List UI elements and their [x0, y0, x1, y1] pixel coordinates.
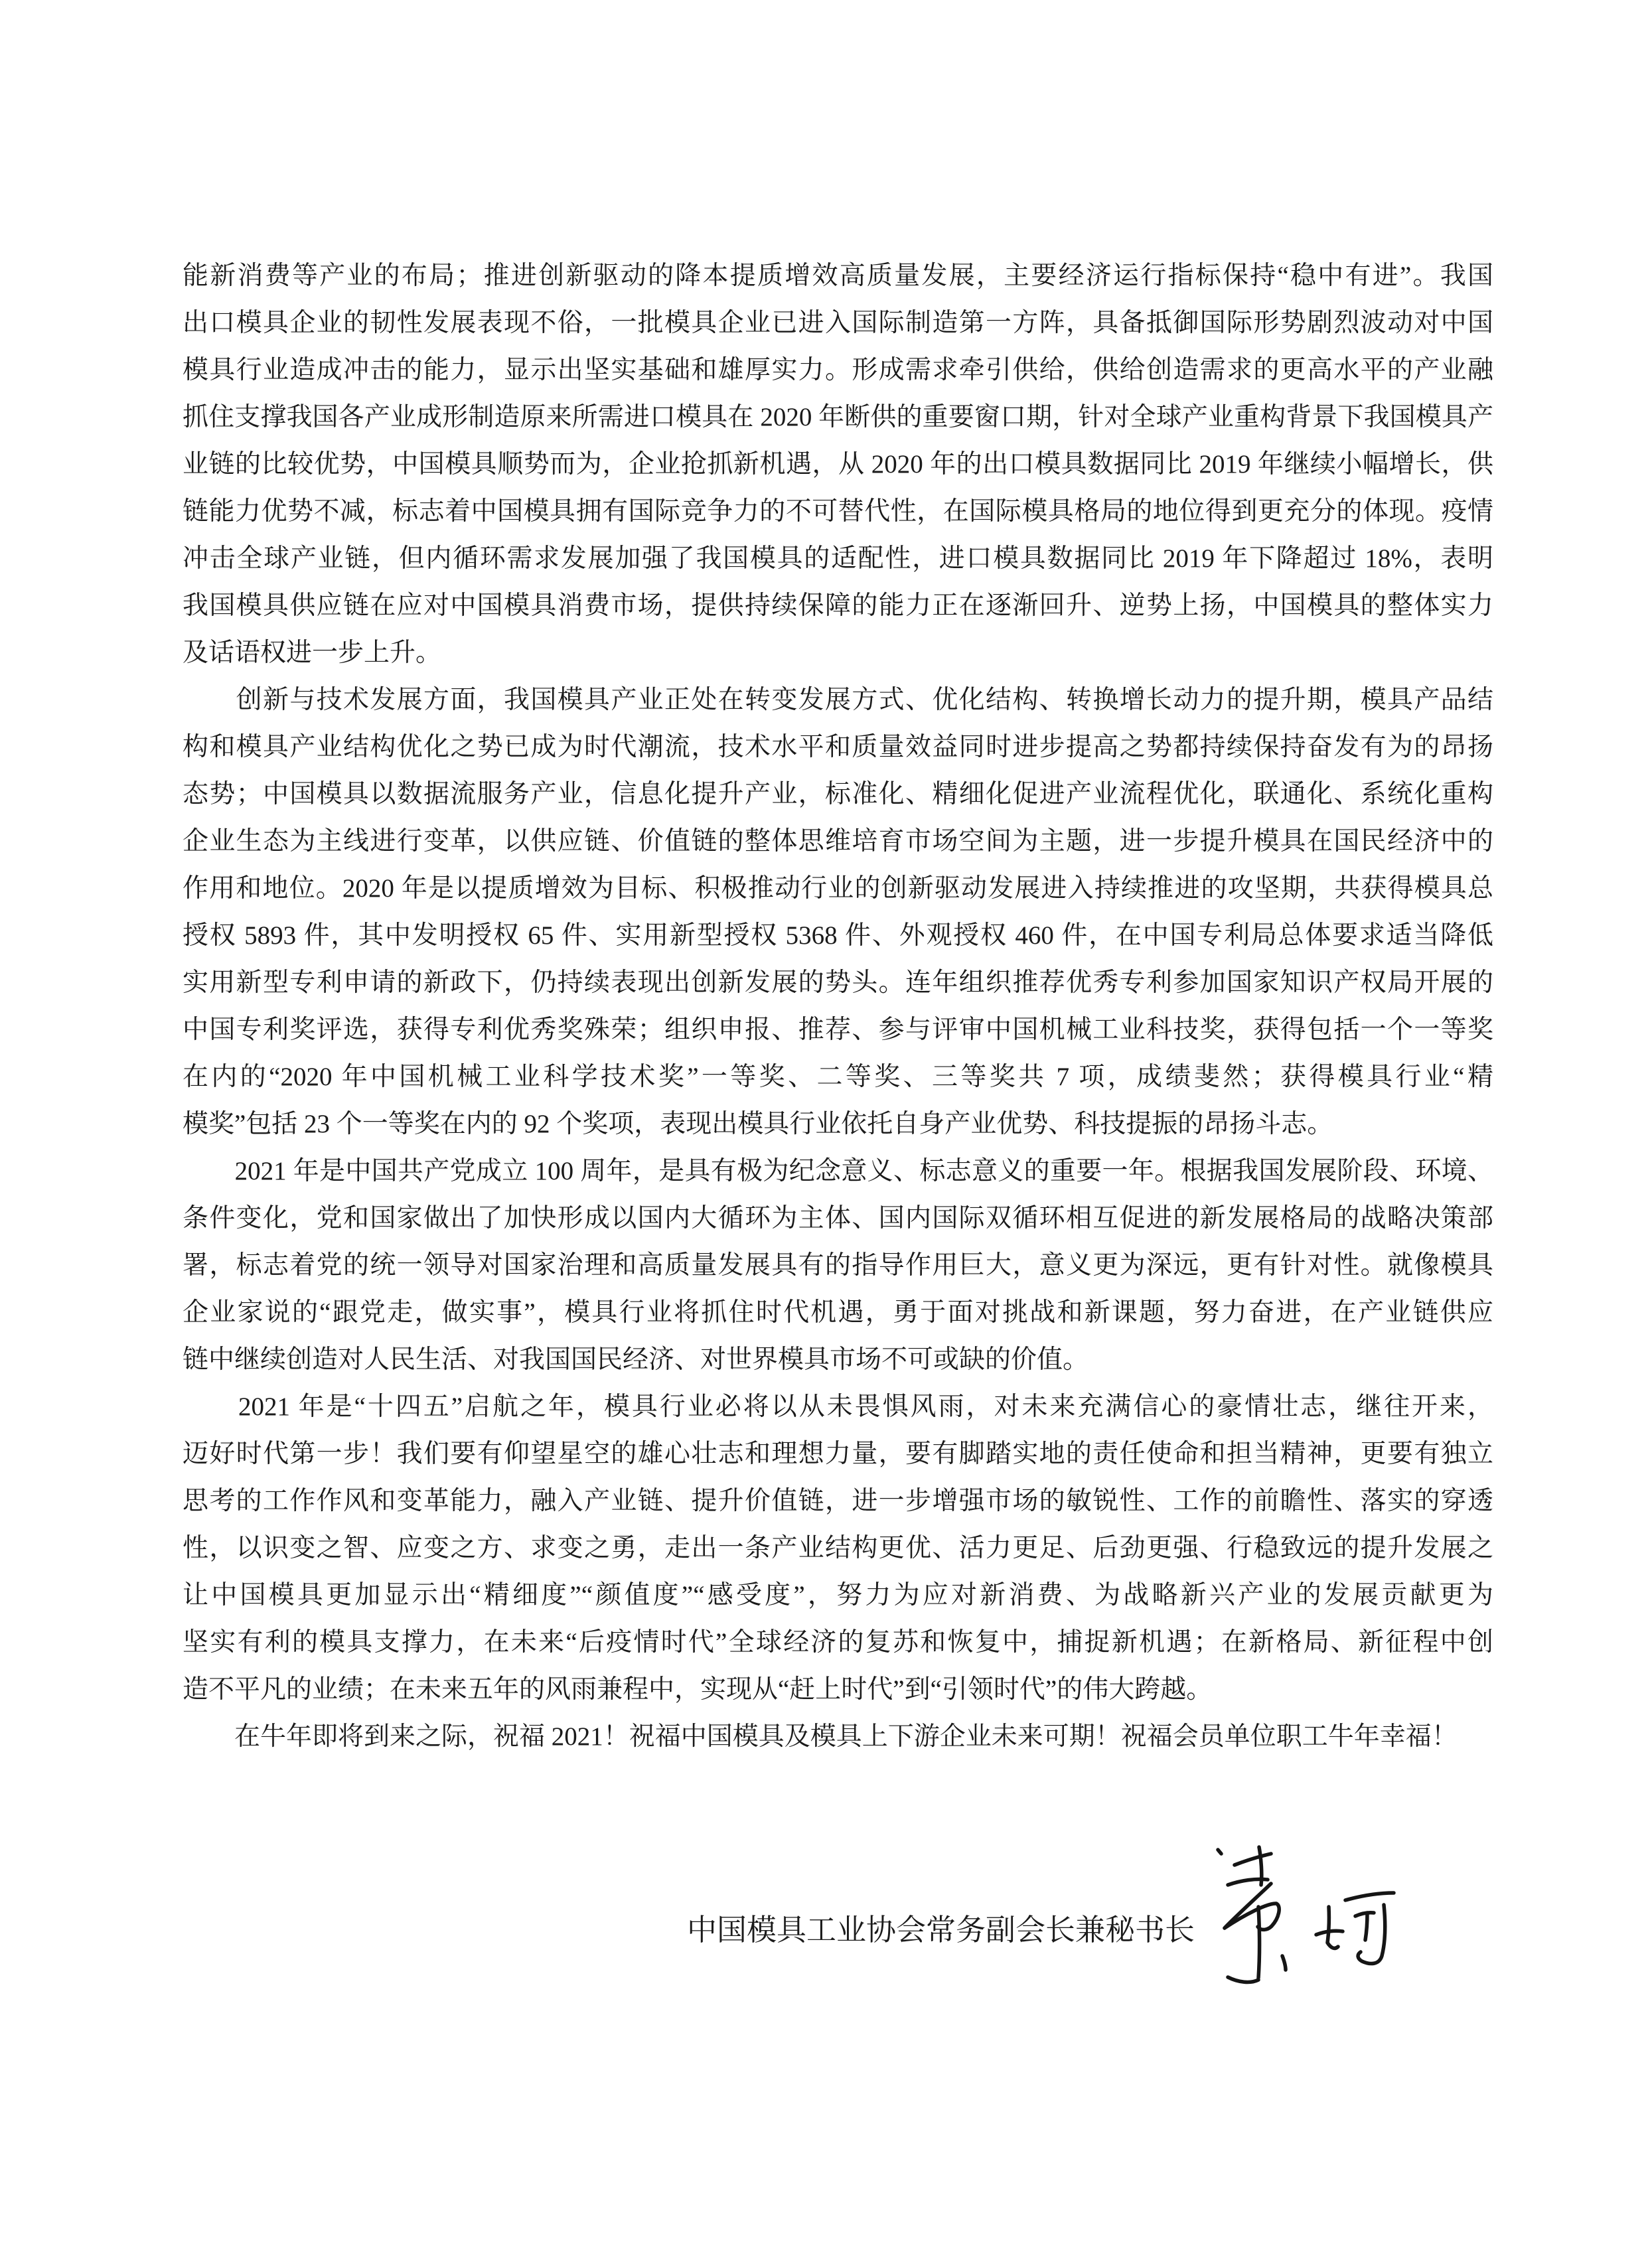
document-page: 能新消费等产业的布局；推进创新驱动的降本提质增效高质量发展，主要经济运行指标保持… [0, 0, 1652, 2242]
text-line: 抓住支撑我国各产业成形制造原来所需进口模具在 2020 年断供的重要窗口期，针对… [183, 394, 1493, 441]
text-line: 能新消费等产业的布局；推进创新驱动的降本提质增效高质量发展，主要经济运行指标保持… [183, 252, 1493, 299]
text-line: 2021 年是“十四五”启航之年，模具行业必将以从未畏惧风雨，对未来充满信心的豪… [183, 1383, 1493, 1430]
text-line: 迈好时代第一步！我们要有仰望星空的雄心壮志和理想力量，要有脚踏实地的责任使命和担… [183, 1430, 1493, 1477]
text-line: 思考的工作作风和变革能力，融入产业链、提升价值链，进一步增强市场的敏锐性、工作的… [183, 1477, 1493, 1525]
signatory-title: 中国模具工业协会常务副会长兼秘书长 [687, 1913, 1195, 1947]
text-line: 授权 5893 件，其中发明授权 65 件、实用新型授权 5368 件、外观授权… [183, 912, 1493, 959]
text-line: 模具行业造成冲击的能力，显示出坚实基础和雄厚实力。形成需求牵引供给，供给创造需求… [183, 346, 1493, 394]
text-line: 企业生态为主线进行变革，以供应链、价值链的整体思维培育市场空间为主题，进一步提升… [183, 818, 1493, 865]
text-line: 创新与技术发展方面，我国模具产业正处在转变发展方式、优化结构、转换增长动力的提升… [183, 676, 1493, 723]
text-line: 作用和地位。2020 年是以提质增效为目标、积极推动行业的创新驱动发展进入持续推… [183, 865, 1493, 912]
handwritten-signature-icon [1215, 1842, 1400, 1994]
text-line: 在内的“2020 年中国机械工业科学技术奖”一等奖、二等奖、三等奖共 7 项，成… [183, 1053, 1493, 1100]
text-line: 我国模具供应链在应对中国模具消费市场，提供持续保障的能力正在逐渐回升、逆势上扬，… [183, 582, 1493, 629]
text-line: 构和模具产业结构优化之势已成为时代潮流，技术水平和质量效益同时进步提高之势都持续… [183, 723, 1493, 771]
text-line: 出口模具企业的韧性发展表现不俗，一批模具企业已进入国际制造第一方阵，具备抵御国际… [183, 299, 1493, 346]
text-line: 态势；中国模具以数据流服务产业，信息化提升产业，标准化、精细化促进产业流程优化，… [183, 771, 1493, 818]
text-line: 链能力优势不减，标志着中国模具拥有国际竞争力的不可替代性，在国际模具格局的地位得… [183, 488, 1493, 535]
text-line: 企业家说的“跟党走，做实事”，模具行业将抓住时代机遇，勇于面对挑战和新课题，努力… [183, 1289, 1493, 1336]
text-line: 条件变化，党和国家做出了加快形成以国内大循环为主体、国内国际双循环相互促进的新发… [183, 1195, 1493, 1242]
letter-body: 能新消费等产业的布局；推进创新驱动的降本提质增效高质量发展，主要经济运行指标保持… [183, 252, 1493, 1760]
text-line: 业链的比较优势，中国模具顺势而为，企业抢抓新机遇，从 2020 年的出口模具数据… [183, 441, 1493, 488]
text-line: 模奖”包括 23 个一等奖在内的 92 个奖项，表现出模具行业依托自身产业优势、… [183, 1100, 1493, 1148]
text-line: 性，以识变之智、应变之方、求变之勇，走出一条产业结构更优、活力更足、后劲更强、行… [183, 1525, 1493, 1572]
text-line: 冲击全球产业链，但内循环需求发展加强了我国模具的适配性，进口模具数据同比 201… [183, 535, 1493, 582]
text-line: 让中国模具更加显示出“精细度”“颜值度”“感受度”，努力为应对新消费、为战略新兴… [183, 1572, 1493, 1619]
text-line: 2021 年是中国共产党成立 100 周年，是具有极为纪念意义、标志意义的重要一… [183, 1148, 1493, 1195]
text-line: 及话语权进一步上升。 [183, 629, 1493, 676]
text-line: 坚实有利的模具支撑力，在未来“后疫情时代”全球经济的复苏和恢复中，捕捉新机遇；在… [183, 1619, 1493, 1666]
text-line: 实用新型专利申请的新政下，仍持续表现出创新发展的势头。连年组织推荐优秀专利参加国… [183, 959, 1493, 1006]
text-line: 链中继续创造对人民生活、对我国国民经济、对世界模具市场不可或缺的价值。 [183, 1336, 1493, 1383]
signature-block: 中国模具工业协会常务副会长兼秘书长 [0, 1838, 1652, 2051]
text-line: 中国专利奖评选，获得专利优秀奖殊荣；组织申报、推荐、参与评审中国机械工业科技奖，… [183, 1006, 1493, 1053]
text-line: 造不平凡的业绩；在未来五年的风雨兼程中，实现从“赶上时代”到“引领时代”的伟大跨… [183, 1666, 1493, 1713]
text-line: 在牛年即将到来之际，祝福 2021！祝福中国模具及模具上下游企业未来可期！祝福会… [183, 1713, 1493, 1760]
text-line: 署，标志着党的统一领导对国家治理和高质量发展具有的指导作用巨大，意义更为深远，更… [183, 1242, 1493, 1289]
